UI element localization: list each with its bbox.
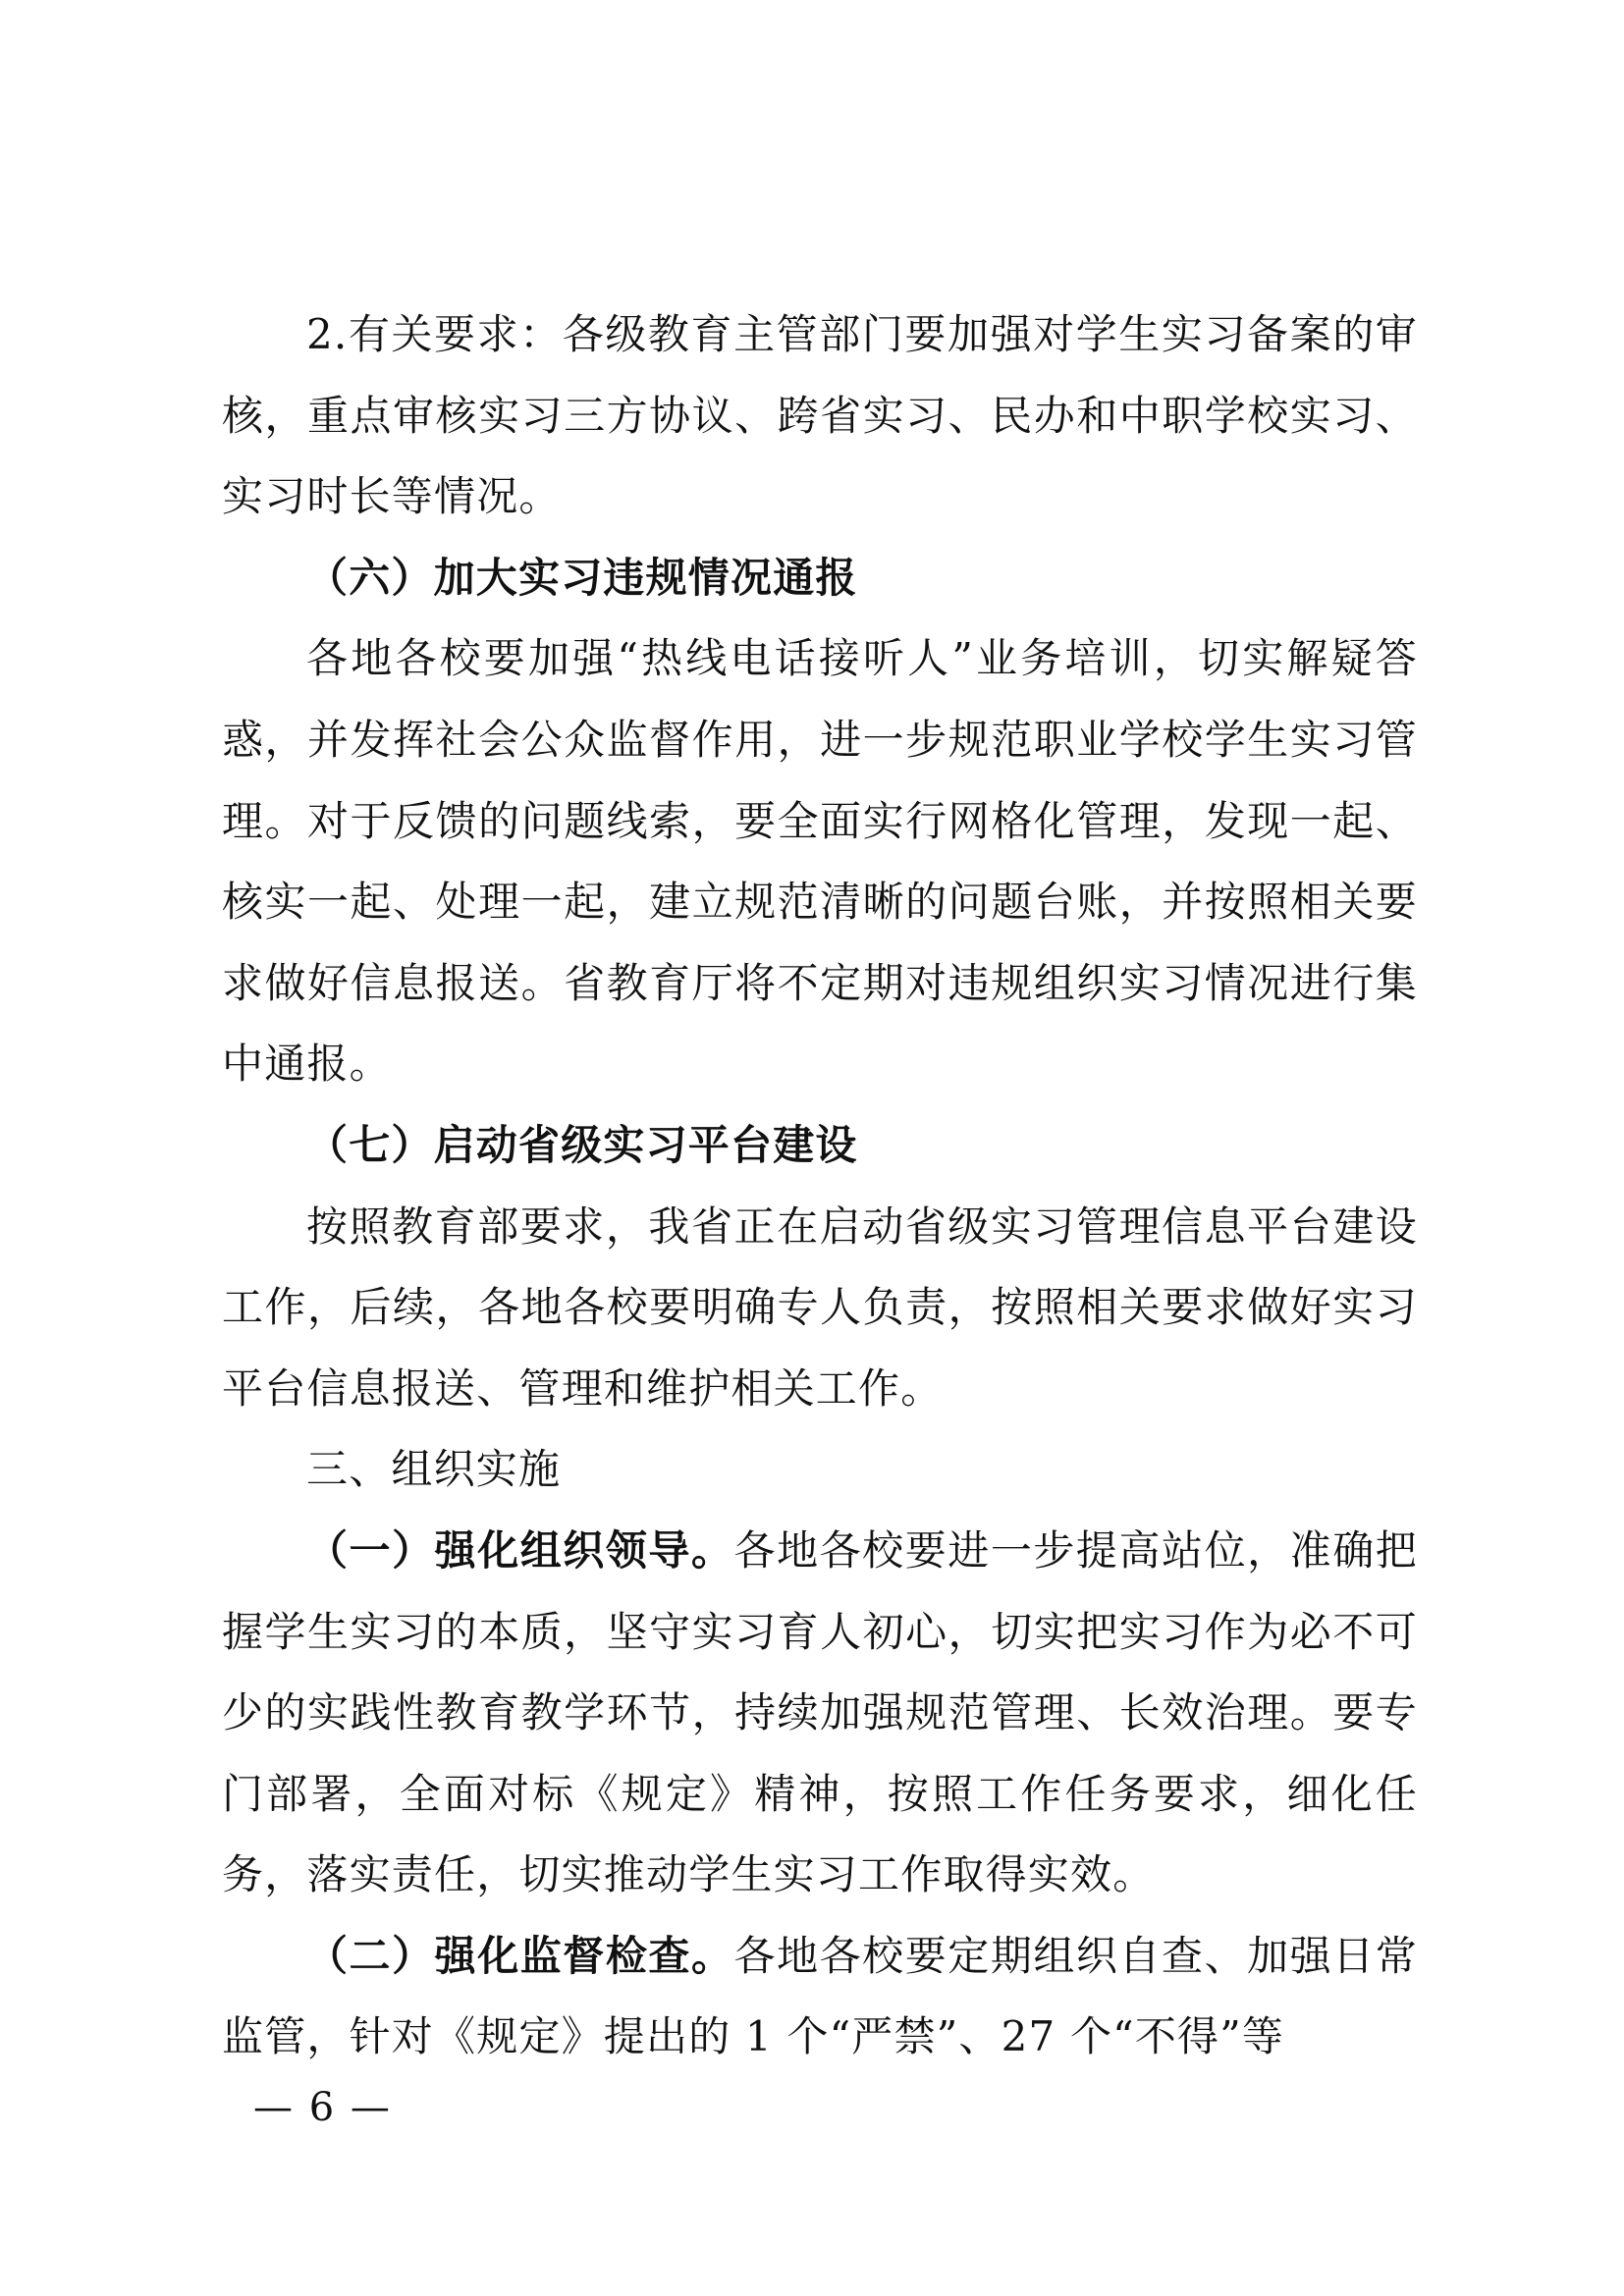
page-number: — 6 — xyxy=(253,2083,392,2132)
paragraph-violation-report: 各地各校要加强“热线电话接听人”业务培训，切实解疑答惑，并发挥社会公众监督作用，… xyxy=(222,618,1418,1105)
lead-organization-leadership: （一）强化组织领导。 xyxy=(306,1526,734,1575)
document-body: 2.有关要求：各级教育主管部门要加强对学生实习备案的审核，重点审核实习三方协议、… xyxy=(222,294,1418,2078)
heading-platform-construction: （七）启动省级实习平台建设 xyxy=(222,1105,1418,1187)
text-organization-leadership: 各地各校要进一步提高站位，准确把握学生实习的本质，坚守实习育人初心，切实把实习作… xyxy=(222,1526,1418,1898)
paragraph-platform-construction: 按照教育部要求，我省正在启动省级实习管理信息平台建设工作，后续，各地各校要明确专… xyxy=(222,1187,1418,1430)
section-heading-implementation: 三、组织实施 xyxy=(222,1429,1418,1511)
paragraph-supervision-inspection: （二）强化监督检查。各地各校要定期组织自查、加强日常监管，针对《规定》提出的 1… xyxy=(222,1916,1418,2078)
lead-supervision-inspection: （二）强化监督检查。 xyxy=(306,1932,734,1980)
paragraph-organization-leadership: （一）强化组织领导。各地各校要进一步提高站位，准确把握学生实习的本质，坚守实习育… xyxy=(222,1511,1418,1916)
heading-violation-report: （六）加大实习违规情况通报 xyxy=(222,538,1418,619)
paragraph-requirements: 2.有关要求：各级教育主管部门要加强对学生实习备案的审核，重点审核实习三方协议、… xyxy=(222,294,1418,538)
